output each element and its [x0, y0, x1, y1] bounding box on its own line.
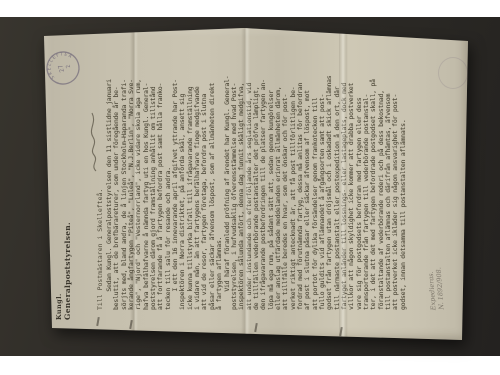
ink-squiggle — [87, 111, 101, 173]
svg-text:SKELLEFTEÅ: SKELLEFTEÅ — [40, 44, 76, 81]
typewritten-line: godset, innan detsamma till postanstalte… — [400, 44, 407, 310]
postmark-offset-ghost — [438, 57, 468, 89]
pencil-annotation: Expedieras. N. 1892/908. — [427, 267, 446, 311]
letterhead: Kungl. Generalpoststyrelsen. — [55, 222, 72, 320]
letter-body: Sedan Kungl. Generalpoststyrelsen den 11… — [106, 44, 407, 310]
postmark-date-month: 2 — [65, 64, 72, 69]
pencil-annotation-line-2: N. 1892/908. — [435, 267, 446, 310]
document-paper: Kungl. Generalpoststyrelsen. SKELLEFTEÅ — [42, 27, 469, 341]
letter-content: Kungl. Generalpoststyrelsen. SKELLEFTEÅ — [42, 27, 469, 341]
letterhead-line-2: Generalpoststyrelsen. — [63, 222, 72, 320]
addressee-line: Till Postmästaren i Skellefteå. — [96, 189, 104, 310]
postmark-ring-text: SKELLEFTEÅ — [40, 44, 76, 81]
photo-background: Kungl. Generalpoststyrelsen. SKELLEFTEÅ — [0, 17, 500, 356]
paper-sheet: Kungl. Generalpoststyrelsen. SKELLEFTEÅ — [42, 27, 469, 341]
postmark-stamp-icon: SKELLEFTEÅ 27 2 — [38, 43, 88, 93]
auction-photo-frame: Kungl. Generalpoststyrelsen. SKELLEFTEÅ — [0, 0, 500, 375]
letterhead-line-1: Kungl. — [55, 222, 63, 320]
